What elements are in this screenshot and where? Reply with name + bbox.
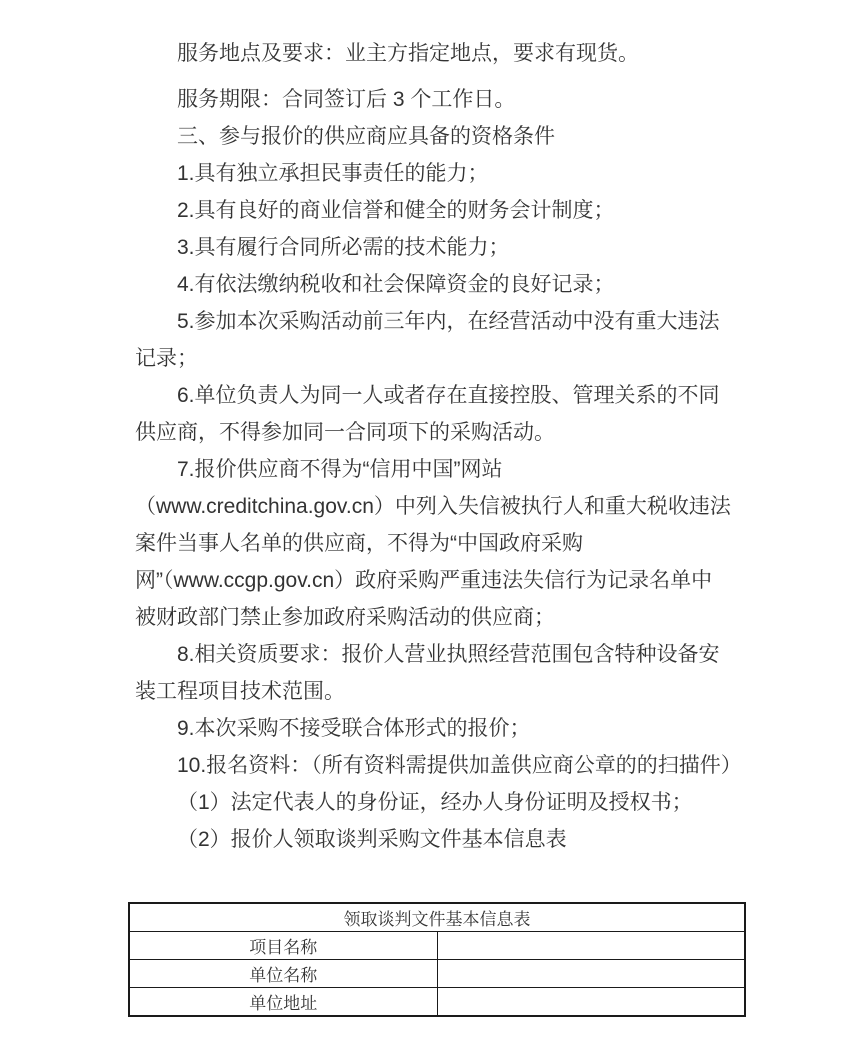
row-label-company-name: 单位名称: [129, 960, 437, 988]
paragraph-service-term: 服务期限：合同签订后 3 个工作日。: [135, 81, 733, 118]
document-body: 服务地点及要求：业主方指定地点，要求有现货。 服务期限：合同签订后 3 个工作日…: [135, 35, 733, 858]
paragraph-subitem-1: （1）法定代表人的身份证，经办人身份证明及授权书；: [135, 784, 733, 821]
paragraph-subitem-2: （2）报价人领取谈判采购文件基本信息表: [135, 821, 733, 858]
paragraph-item-5: 5.参加本次采购活动前三年内，在经营活动中没有重大违法记录；: [135, 303, 733, 377]
table-row-company-address: 单位地址: [129, 988, 745, 1017]
paragraph-item-10: 10.报名资料：（所有资料需提供加盖供应商公章的的扫描件）: [135, 747, 733, 784]
table-row-project-name: 项目名称: [129, 932, 745, 960]
table-row-company-name: 单位名称: [129, 960, 745, 988]
row-label-company-address: 单位地址: [129, 988, 437, 1017]
paragraph-item-2: 2.具有良好的商业信誉和健全的财务会计制度；: [135, 192, 733, 229]
paragraph-item-9: 9.本次采购不接受联合体形式的报价；: [135, 710, 733, 747]
table-title: 领取谈判文件基本信息表: [129, 903, 745, 932]
paragraph-item-8: 8.相关资质要求：报价人营业执照经营范围包含特种设备安装工程项目技术范围。: [135, 636, 733, 710]
row-label-project-name: 项目名称: [129, 932, 437, 960]
paragraph-item-3: 3.具有履行合同所必需的技术能力；: [135, 229, 733, 266]
document-page: 服务地点及要求：业主方指定地点，要求有现货。 服务期限：合同签订后 3 个工作日…: [0, 0, 864, 1039]
table-title-row: 领取谈判文件基本信息表: [129, 903, 745, 932]
negotiation-file-info-table: 领取谈判文件基本信息表 项目名称 单位名称 单位地址: [128, 902, 746, 1017]
paragraph-service-location: 服务地点及要求：业主方指定地点，要求有现货。: [135, 35, 733, 72]
row-value-company-address[interactable]: [437, 988, 745, 1017]
row-value-company-name[interactable]: [437, 960, 745, 988]
row-value-project-name[interactable]: [437, 932, 745, 960]
paragraph-item-1: 1.具有独立承担民事责任的能力；: [135, 155, 733, 192]
paragraph-item-7: 7.报价供应商不得为“信用中国”网站（www.creditchina.gov.c…: [135, 451, 733, 636]
paragraph-item-6: 6.单位负责人为同一人或者存在直接控股、管理关系的不同供应商，不得参加同一合同项…: [135, 377, 733, 451]
paragraph-item-4: 4.有依法缴纳税收和社会保障资金的良好记录；: [135, 266, 733, 303]
section-heading-qualifications: 三、参与报价的供应商应具备的资格条件: [135, 118, 733, 155]
